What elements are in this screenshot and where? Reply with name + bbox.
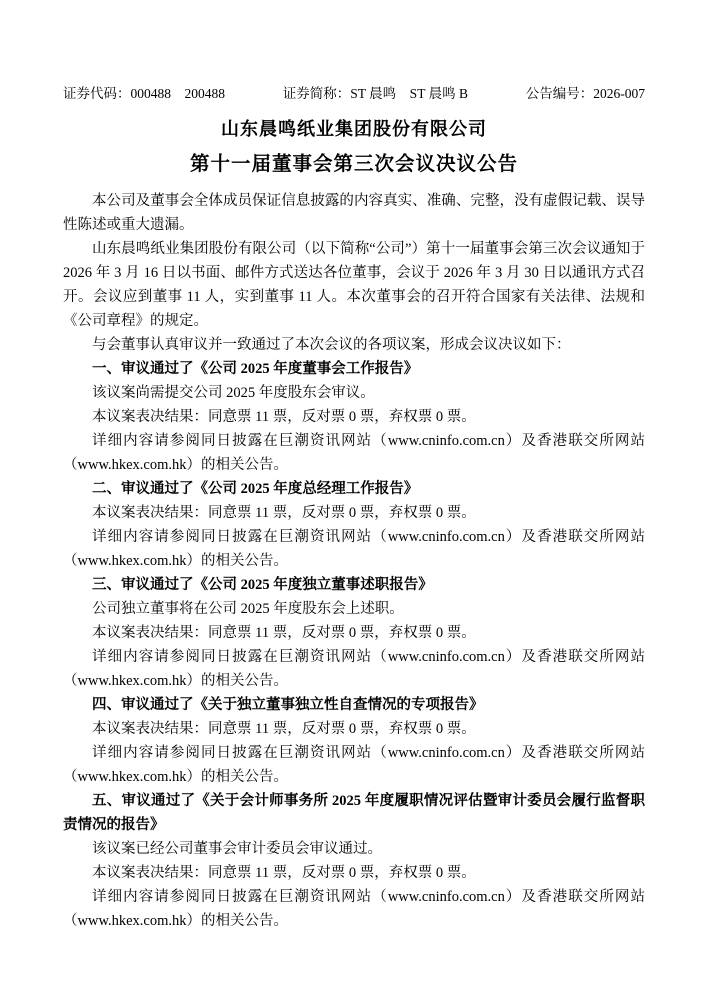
paragraph-detail-link-1: 详细内容请参阅同日披露在巨潮资讯网站（www.cninfo.com.cn）及香港… — [63, 429, 645, 477]
stock-code: 证券代码：000488 200488 — [63, 86, 225, 102]
paragraph-vote-result-3: 本议案表决结果：同意票 11 票，反对票 0 票，弃权票 0 票。 — [63, 621, 645, 645]
paragraph-indep-director: 公司独立董事将在公司 2025 年度股东会上述职。 — [63, 597, 645, 621]
announcement-title: 第十一届董事会第三次会议决议公告 — [63, 152, 645, 178]
section-heading-1: 一、审议通过了《公司 2025 年度董事会工作报告》 — [63, 357, 645, 381]
paragraph-vote-result-1: 本议案表决结果：同意票 11 票，反对票 0 票，弃权票 0 票。 — [63, 405, 645, 429]
paragraph-disclaimer: 本公司及董事会全体成员保证信息披露的内容真实、准确、完整，没有虚假记载、误导性陈… — [63, 189, 645, 237]
paragraph-meeting-notice: 山东晨鸣纸业集团股份有限公司（以下简称“公司”）第十一届董事会第三次会议通知于 … — [63, 237, 645, 333]
doc-header: 证券代码：000488 200488 证券简称：ST 晨鸣 ST 晨鸣 B 公告… — [63, 86, 645, 102]
paragraph-detail-link-5: 详细内容请参阅同日披露在巨潮资讯网站（www.cninfo.com.cn）及香港… — [63, 885, 645, 933]
section-heading-2: 二、审议通过了《公司 2025 年度总经理工作报告》 — [63, 477, 645, 501]
paragraph-detail-link-3: 详细内容请参阅同日披露在巨潮资讯网站（www.cninfo.com.cn）及香港… — [63, 645, 645, 693]
company-name-title: 山东晨鸣纸业集团股份有限公司 — [63, 117, 645, 141]
paragraph-vote-result-2: 本议案表决结果：同意票 11 票，反对票 0 票，弃权票 0 票。 — [63, 501, 645, 525]
paragraph-vote-result-5: 本议案表决结果：同意票 11 票，反对票 0 票，弃权票 0 票。 — [63, 861, 645, 885]
paragraph-resolution-intro: 与会董事认真审议并一致通过了本次会议的各项议案，形成会议决议如下： — [63, 333, 645, 357]
section-heading-4: 四、审议通过了《关于独立董事独立性自查情况的专项报告》 — [63, 693, 645, 717]
paragraph-detail-link-2: 详细内容请参阅同日披露在巨潮资讯网站（www.cninfo.com.cn）及香港… — [63, 525, 645, 573]
paragraph-audit-committee: 该议案已经公司董事会审计委员会审议通过。 — [63, 837, 645, 861]
section-heading-3: 三、审议通过了《公司 2025 年度独立董事述职报告》 — [63, 573, 645, 597]
section-heading-5: 五、审议通过了《关于会计师事务所 2025 年度履职情况评估暨审计委员会履行监督… — [63, 789, 645, 837]
paragraph-detail-link-4: 详细内容请参阅同日披露在巨潮资讯网站（www.cninfo.com.cn）及香港… — [63, 741, 645, 789]
announcement-number: 公告编号：2026-007 — [526, 86, 645, 102]
stock-abbreviation: 证券简称：ST 晨鸣 ST 晨鸣 B — [283, 86, 468, 102]
paragraph-vote-result-4: 本议案表决结果：同意票 11 票，反对票 0 票，弃权票 0 票。 — [63, 717, 645, 741]
paragraph-submit-agm: 该议案尚需提交公司 2025 年度股东会审议。 — [63, 381, 645, 405]
doc-body: 本公司及董事会全体成员保证信息披露的内容真实、准确、完整，没有虚假记载、误导性陈… — [63, 189, 645, 933]
announcement-page: 证券代码：000488 200488 证券简称：ST 晨鸣 ST 晨鸣 B 公告… — [0, 0, 706, 1002]
